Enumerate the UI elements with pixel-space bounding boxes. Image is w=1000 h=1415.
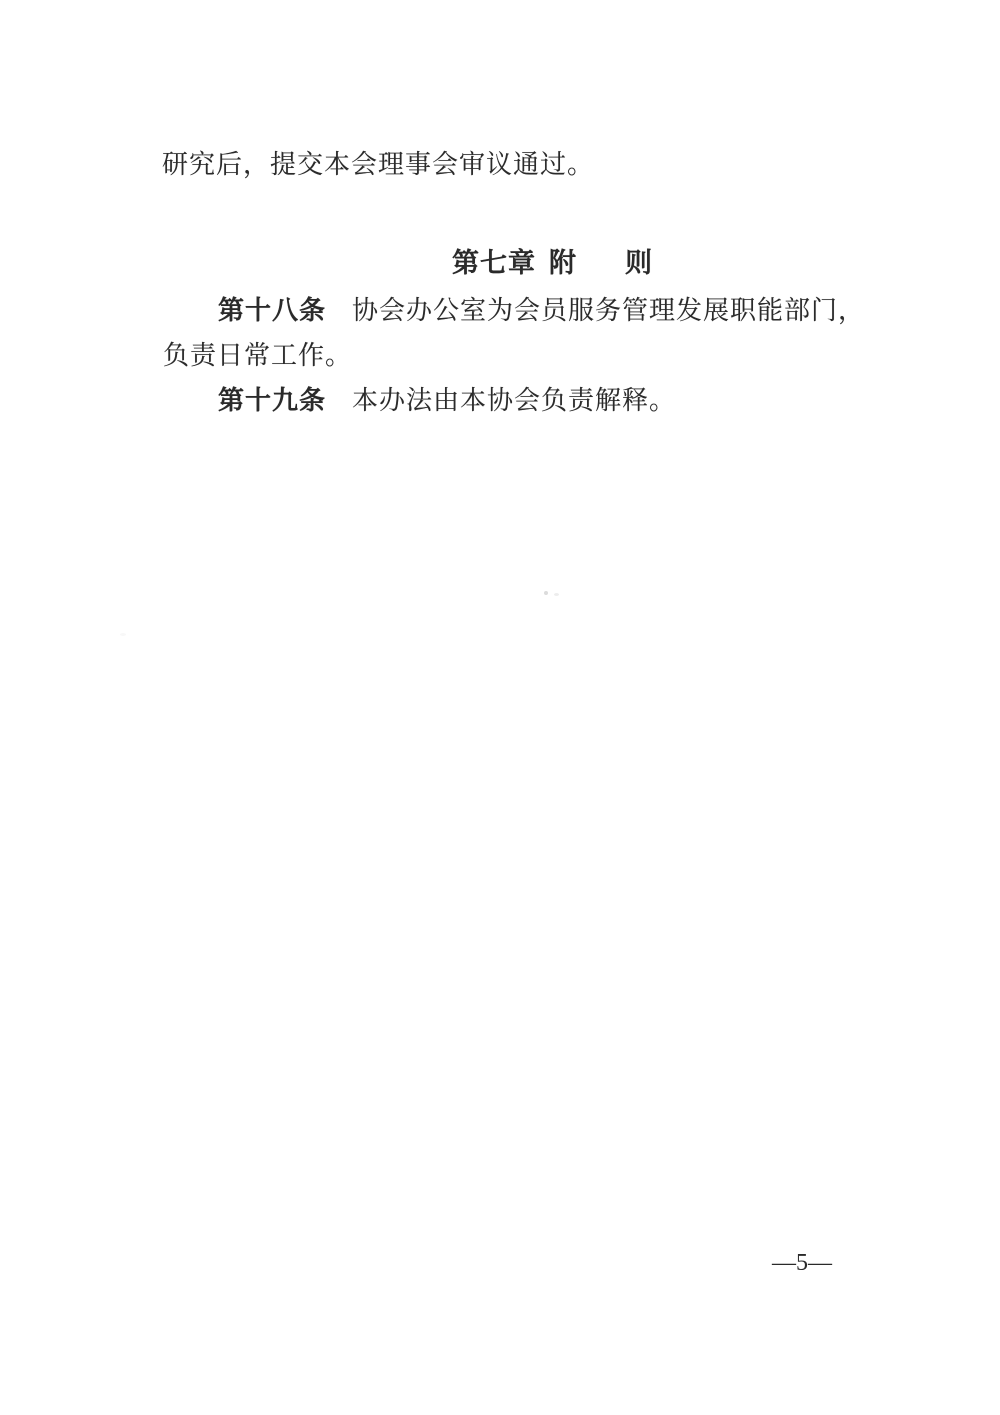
article-18-text-line-2: 负责日常工作。 xyxy=(163,343,352,369)
article-18-label: 第十八条 xyxy=(218,296,326,325)
scan-speckle xyxy=(544,591,548,595)
article-19-text: 本办法由本协会负责解释。 xyxy=(352,386,676,415)
chapter-title-char-left: 附 xyxy=(549,248,577,278)
intro-paragraph-line: 研究后，提交本会理事会审议通过。 xyxy=(162,152,594,178)
article-18-text-line-1: 协会办公室为会员服务管理发展职能部门， xyxy=(352,296,865,325)
scan-speckle xyxy=(120,633,126,636)
chapter-title-char-right: 则 xyxy=(625,248,653,278)
document-page: 研究后，提交本会理事会审议通过。 第七章附则 第十八条协会办公室为会员服务管理发… xyxy=(0,0,1000,1415)
article-18-line-1: 第十八条协会办公室为会员服务管理发展职能部门， xyxy=(218,298,865,324)
chapter-heading: 第七章附则 xyxy=(452,250,653,277)
article-19-label: 第十九条 xyxy=(218,386,326,415)
article-19-line: 第十九条本办法由本协会负责解释。 xyxy=(218,388,676,414)
chapter-number: 第七章 xyxy=(452,248,536,278)
page-number: —5— xyxy=(772,1251,832,1275)
scan-speckle xyxy=(554,593,559,596)
